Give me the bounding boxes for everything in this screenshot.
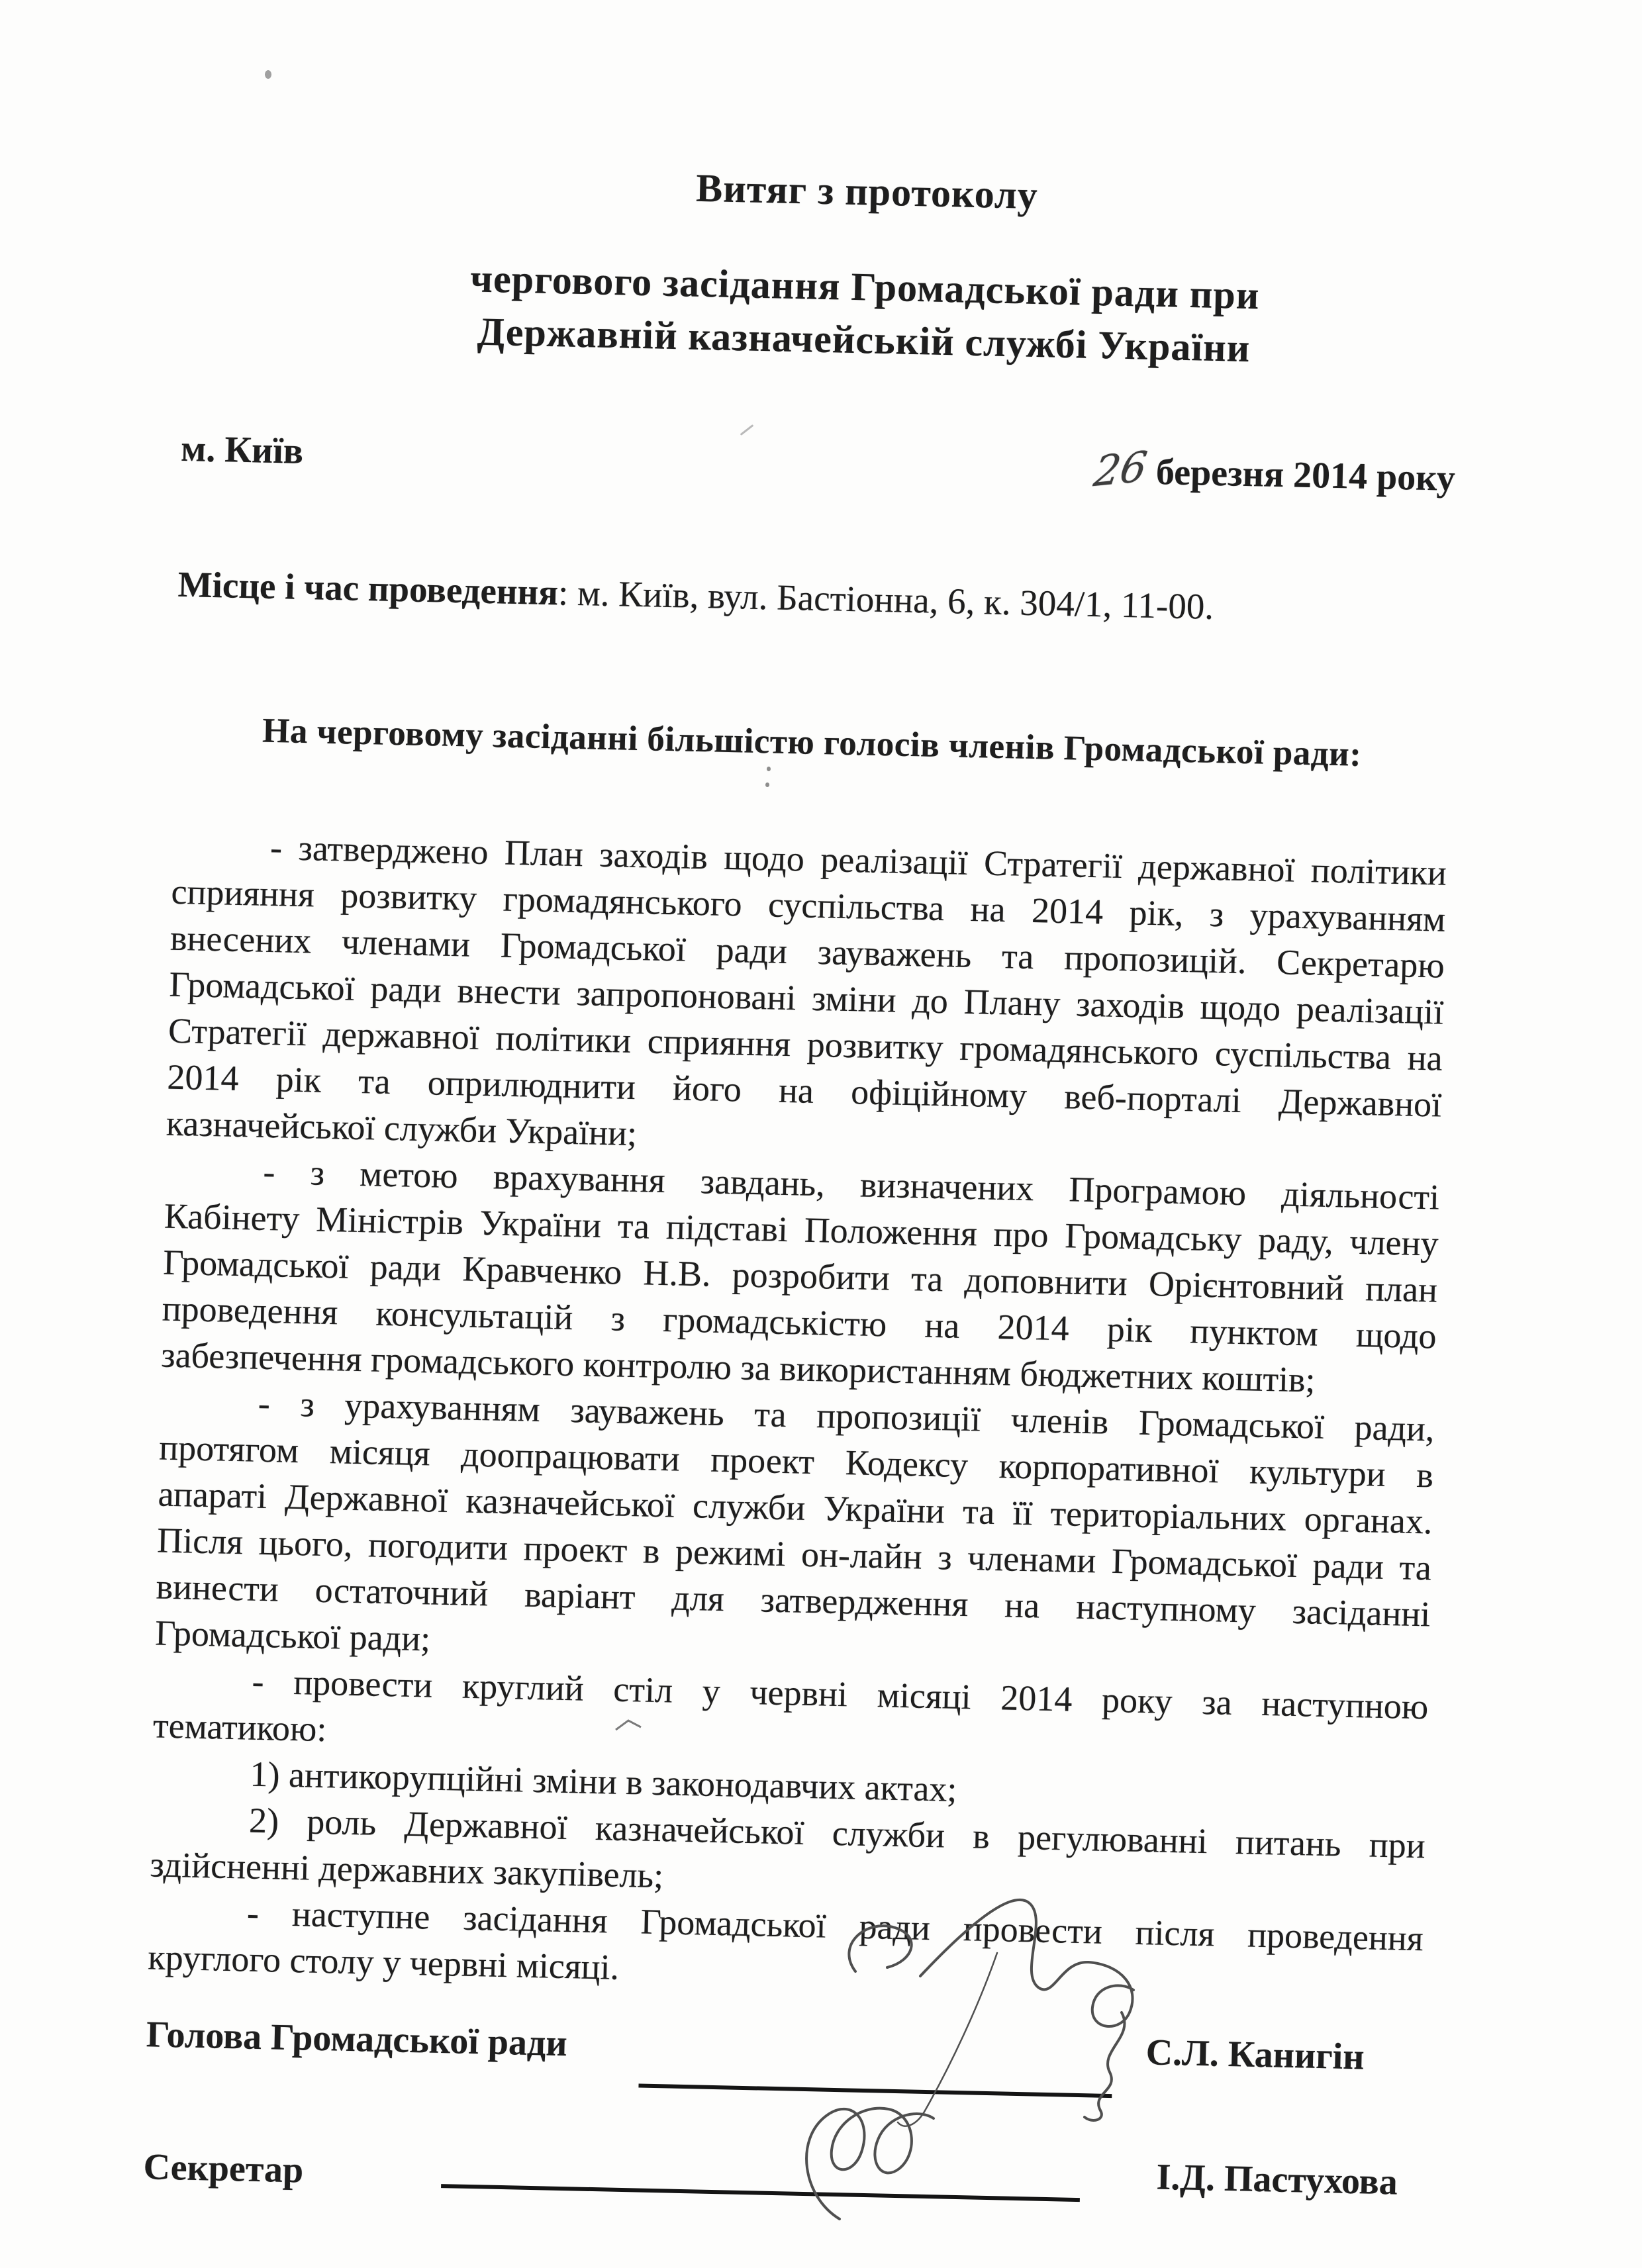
handwritten-day: 26 — [1091, 443, 1150, 495]
paragraph: - затверджено План заходів щодо реалізац… — [166, 822, 1447, 1174]
venue-label: Місце і час проведення — [177, 564, 559, 613]
document-subtitle: чергового засідання Громадської ради при… — [269, 248, 1459, 379]
document-title: Витяг з протоколу — [272, 154, 1461, 230]
signature-role: Секретар — [143, 2146, 304, 2191]
city-date-row: м. Київ 26березня 2014 року — [180, 426, 1455, 502]
signature-name: С.Л. Канигін — [1145, 2031, 1365, 2078]
title-block: Витяг з протоколу чергового засідання Гр… — [183, 152, 1461, 379]
paragraph: - з урахуванням зауважень та пропозиції … — [154, 1378, 1435, 1684]
document-content: Витяг з протоколу чергового засідання Гр… — [143, 93, 1463, 2216]
body-paragraphs: - затверджено План заходів щодо реалізац… — [148, 822, 1447, 2008]
paragraph: - з метою врахування завдань, визначених… — [161, 1147, 1440, 1406]
date-printed: березня 2014 року — [1155, 451, 1455, 499]
signature-line — [441, 2184, 1080, 2202]
signature-block: Голова Громадської ради С.Л. Канигін Сек… — [143, 2013, 1421, 2216]
city-label: м. Київ — [181, 426, 304, 475]
venue-line: Місце і час проведення: м. Київ, вул. Ба… — [177, 561, 1453, 636]
document-date: 26березня 2014 року — [1094, 446, 1455, 502]
signature-line — [638, 2084, 1112, 2099]
signature-role: Голова Громадської ради — [146, 2013, 567, 2065]
scanned-document-page: Витяг з протоколу чергового засідання Гр… — [0, 0, 1642, 2268]
decision-heading: На черговому засіданні більшістю голосів… — [174, 706, 1449, 780]
venue-value: : м. Київ, вул. Бастіонна, 6, к. 304/1, … — [557, 572, 1214, 627]
signature-name: І.Д. Пастухова — [1156, 2156, 1398, 2204]
scan-artifact — [265, 70, 271, 79]
